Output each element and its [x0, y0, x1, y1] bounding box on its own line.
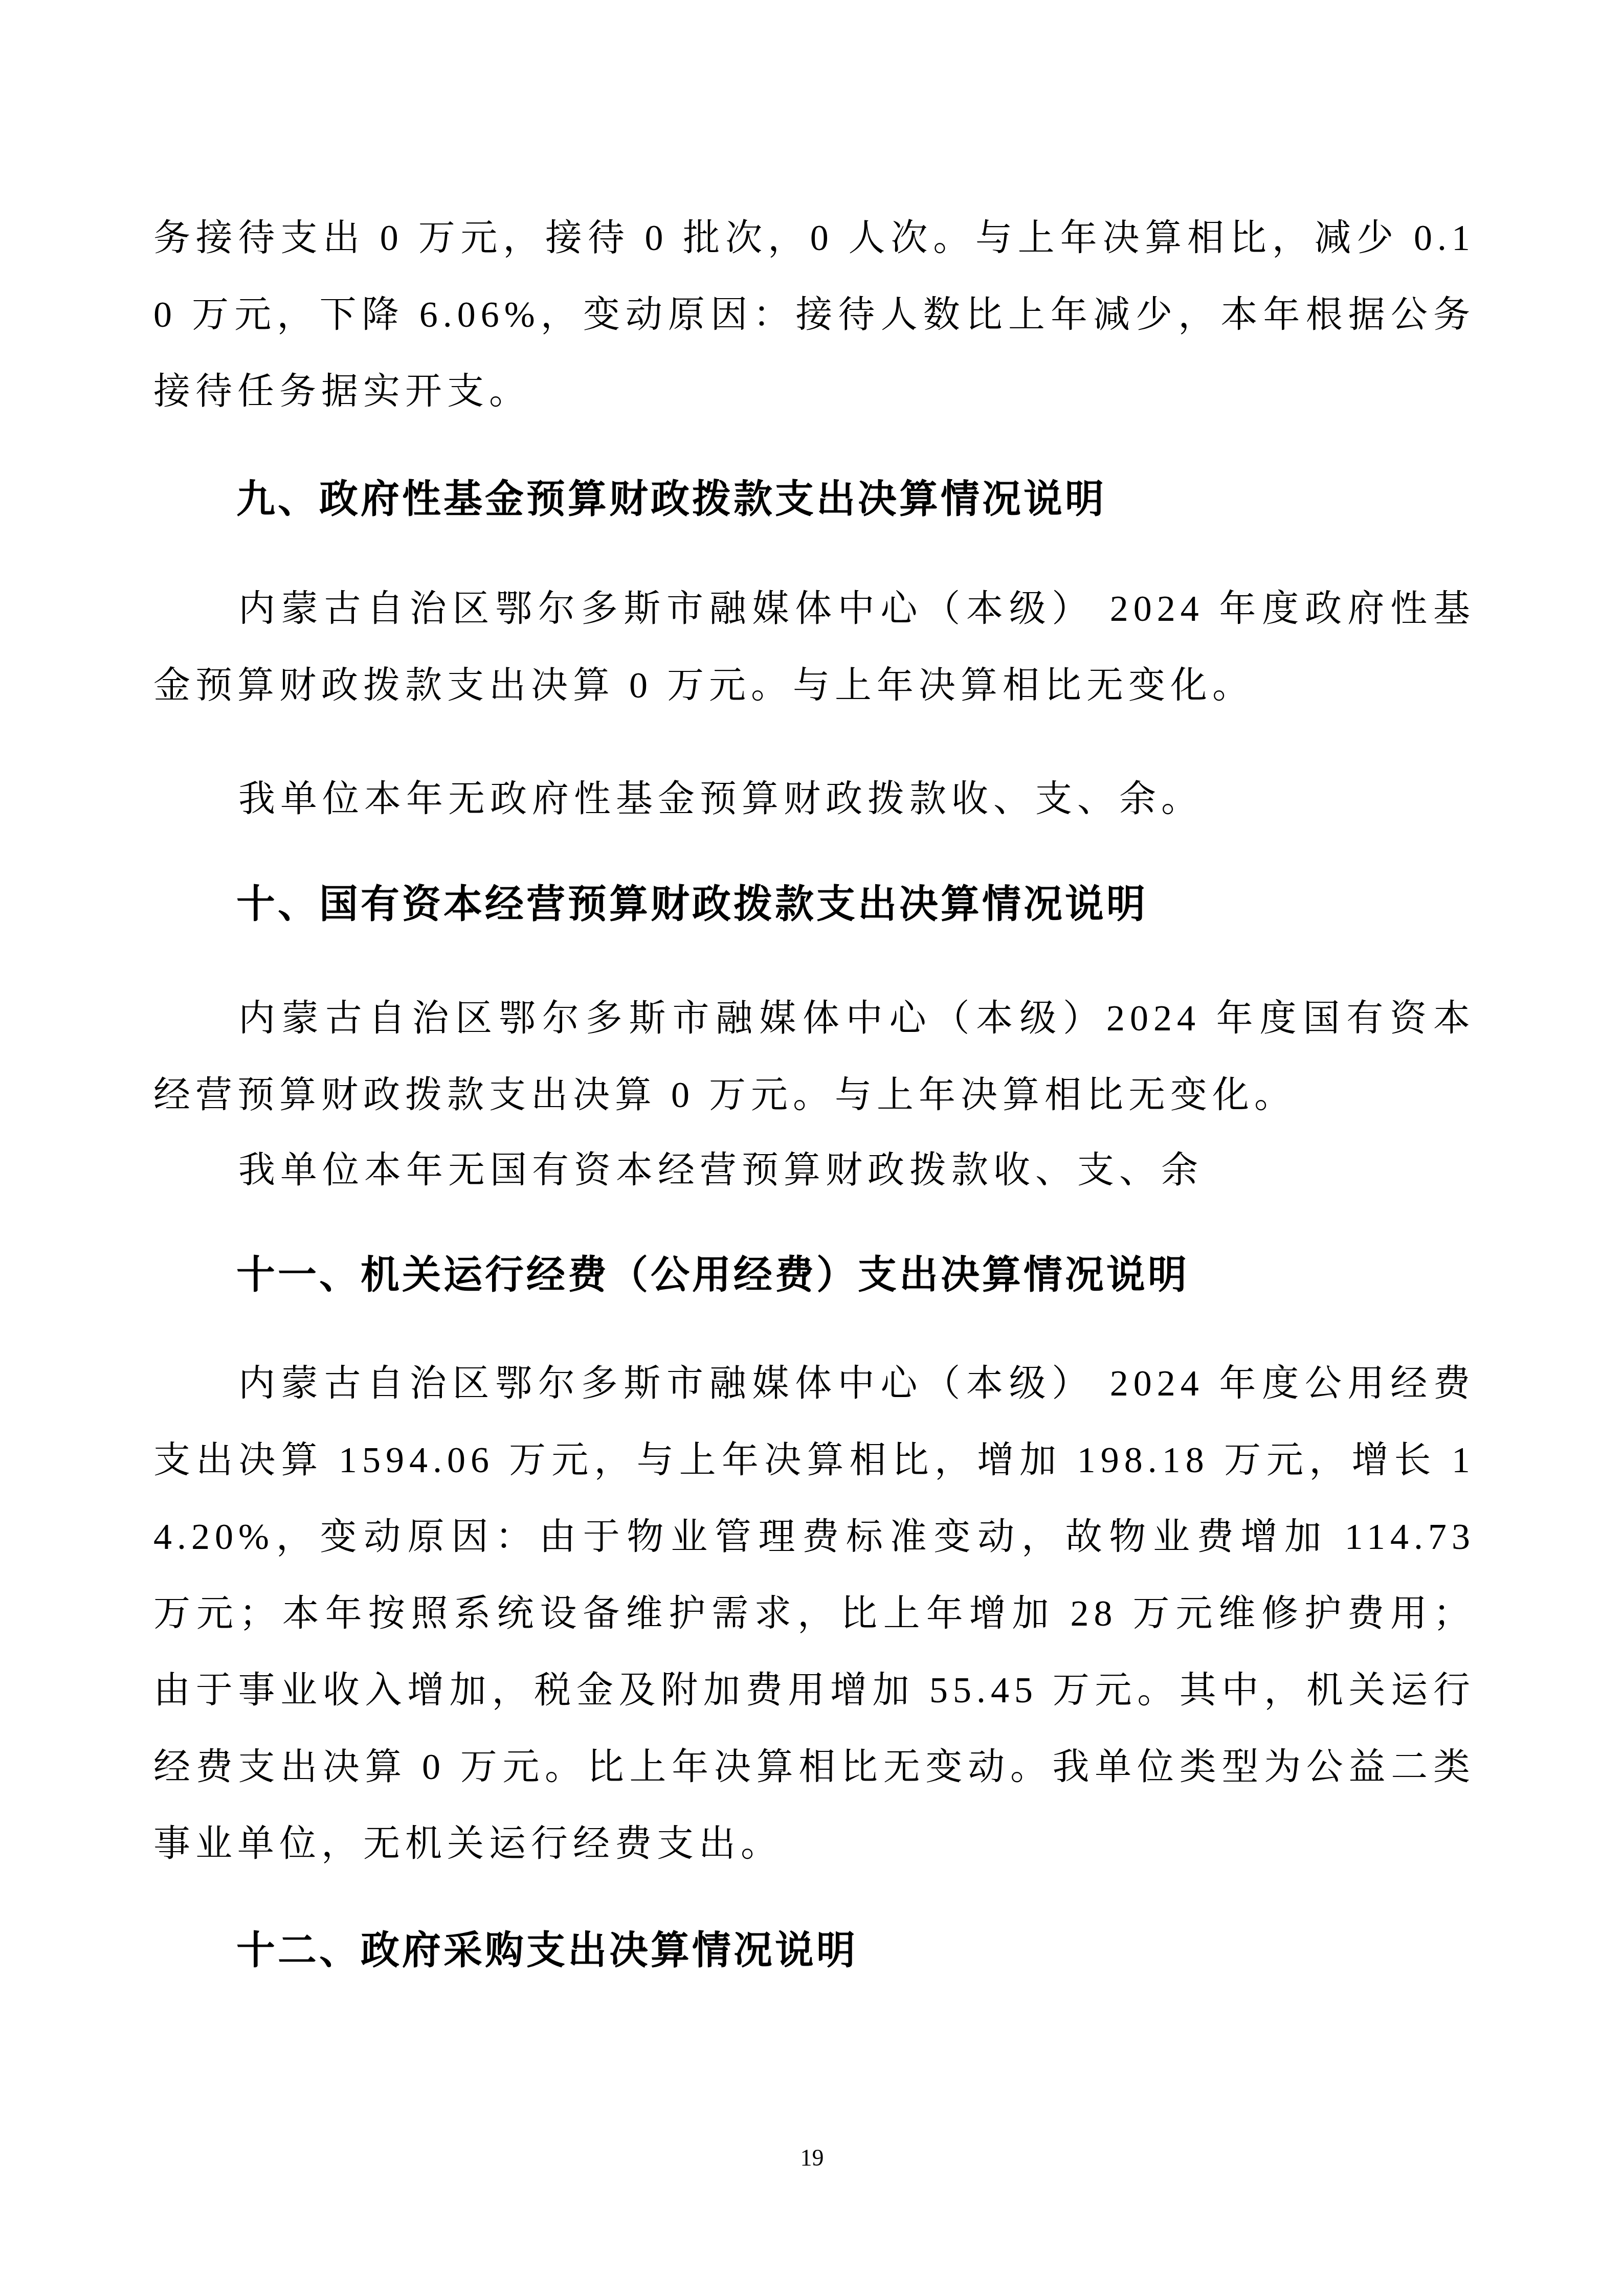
section-9-heading: 九、政府性基金预算财政拨款支出决算情况说明 — [153, 461, 1475, 538]
section-10-paragraph-1: 内蒙古自治区鄂尔多斯市融媒体中心（本级）2024 年度国有资本经营预算财政拨款支… — [153, 980, 1475, 1133]
section-10-paragraph-2: 我单位本年无国有资本经营预算财政拨款收、支、余 — [153, 1132, 1475, 1208]
section-9-paragraph-2: 我单位本年无政府性基金预算财政拨款收、支、余。 — [153, 760, 1475, 837]
section-10-heading: 十、国有资本经营预算财政拨款支出决算情况说明 — [153, 866, 1475, 943]
section-9-paragraph-1: 内蒙古自治区鄂尔多斯市融媒体中心（本级） 2024 年度政府性基金预算财政拨款支… — [153, 570, 1475, 724]
section-11-heading: 十一、机关运行经费（公用经费）支出决算情况说明 — [153, 1237, 1475, 1314]
page-number: 19 — [0, 2143, 1624, 2173]
section-11-paragraph-1: 内蒙古自治区鄂尔多斯市融媒体中心（本级） 2024 年度公用经费支出决算 159… — [153, 1345, 1475, 1882]
document-page: 务接待支出 0 万元，接待 0 批次，0 人次。与上年决算相比，减少 0.10 … — [0, 0, 1624, 2296]
paragraph-official-reception-continuation: 务接待支出 0 万元，接待 0 批次，0 人次。与上年决算相比，减少 0.10 … — [153, 199, 1475, 430]
section-12-heading: 十二、政府采购支出决算情况说明 — [153, 1912, 1475, 1989]
